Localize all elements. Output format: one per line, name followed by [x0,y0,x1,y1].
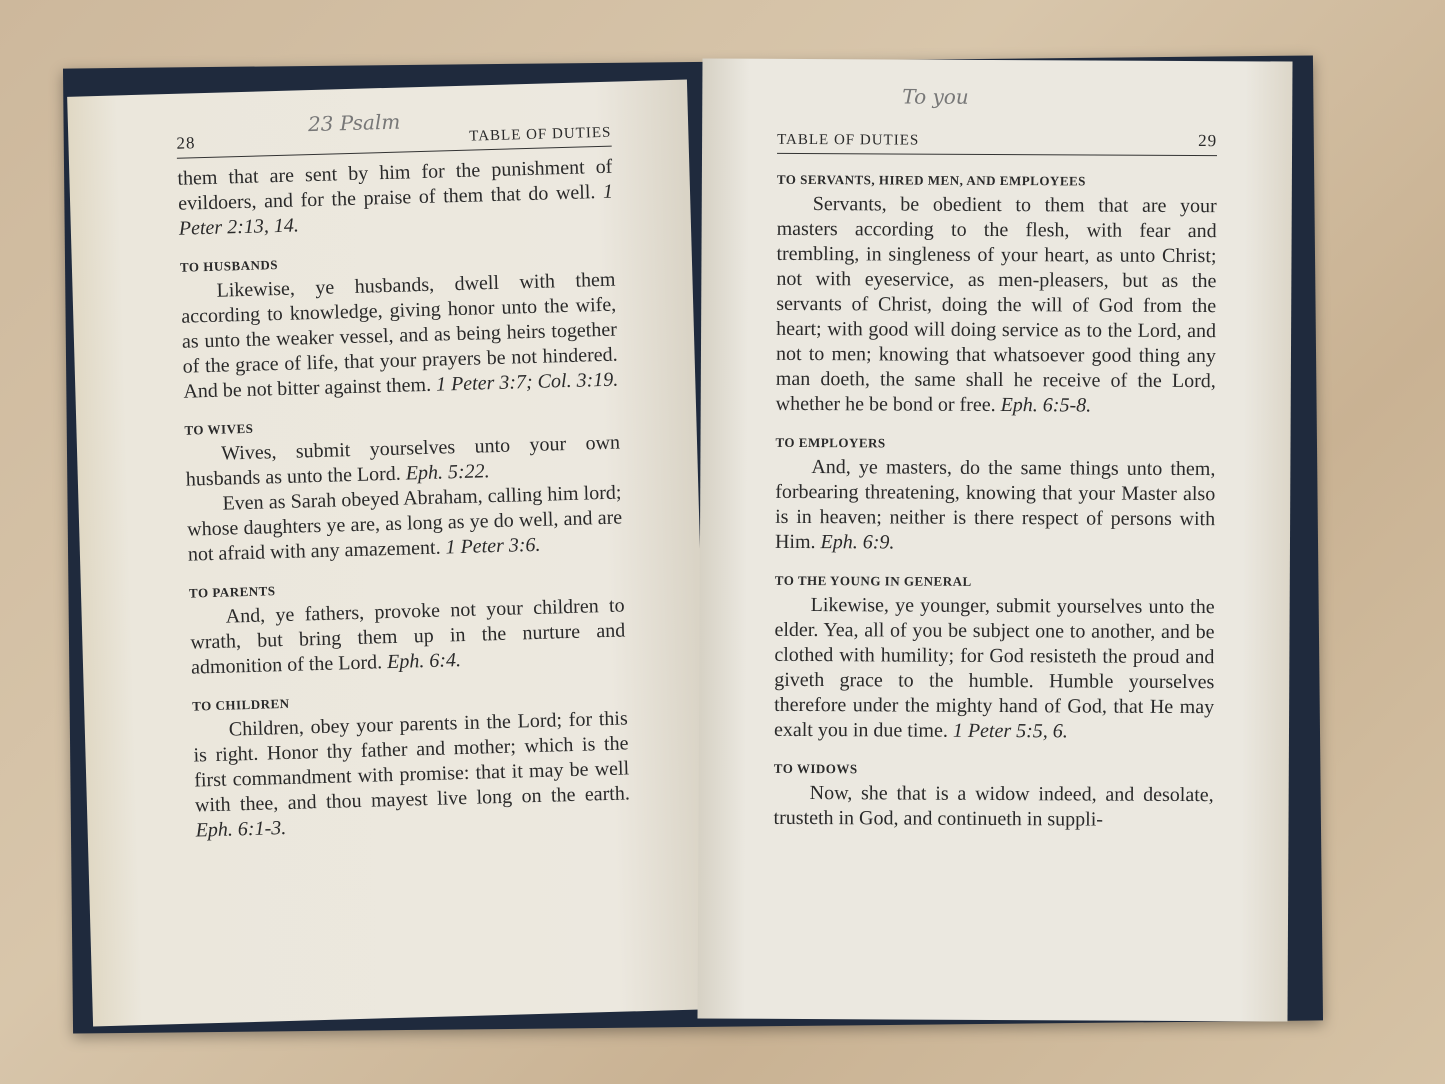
section-heading: TO EMPLOYERS [775,435,1215,453]
section-heading: TO THE YOUNG IN GENERAL [775,573,1215,591]
running-header: TABLE OF DUTIES 29 [777,129,1217,156]
paragraph: Likewise, ye younger, submit yourselves … [774,593,1215,745]
sections: TO HUSBANDSLikewise, ye husbands, dwell … [180,248,631,844]
page-number: 28 [176,133,196,154]
paragraph: Servants, be obedient to them that are y… [776,192,1217,419]
running-head: TABLE OF DUTIES [469,125,612,146]
paragraph: Children, obey your parents in the Lord;… [193,706,631,843]
paragraph: them that are sent by him for the punish… [177,155,614,242]
paragraph: And, ye fathers, provoke not your childr… [189,593,626,680]
page-number: 29 [1198,131,1217,151]
paragraph: Likewise, ye husbands, dwell with them a… [180,268,618,405]
paragraph: Even as Sarah obeyed Abraham, calling hi… [186,481,623,568]
section-heading: TO SERVANTS, HIRED MEN, AND EMPLOYEES [777,172,1217,190]
left-page: 23 Psalm 28 TABLE OF DUTIES them that ar… [67,80,713,1027]
sections: TO SERVANTS, HIRED MEN, AND EMPLOYEESSer… [773,172,1216,833]
paragraph: Now, she that is a widow indeed, and des… [773,781,1213,833]
paragraph: And, ye masters, do the same things unto… [775,455,1216,557]
running-head: TABLE OF DUTIES [777,132,919,150]
running-header: 28 TABLE OF DUTIES [176,122,612,159]
right-page: To you TABLE OF DUTIES 29 TO SERVANTS, H… [697,58,1292,1021]
section-heading: TO WIDOWS [774,761,1214,779]
handwritten-note: To you [902,85,969,109]
